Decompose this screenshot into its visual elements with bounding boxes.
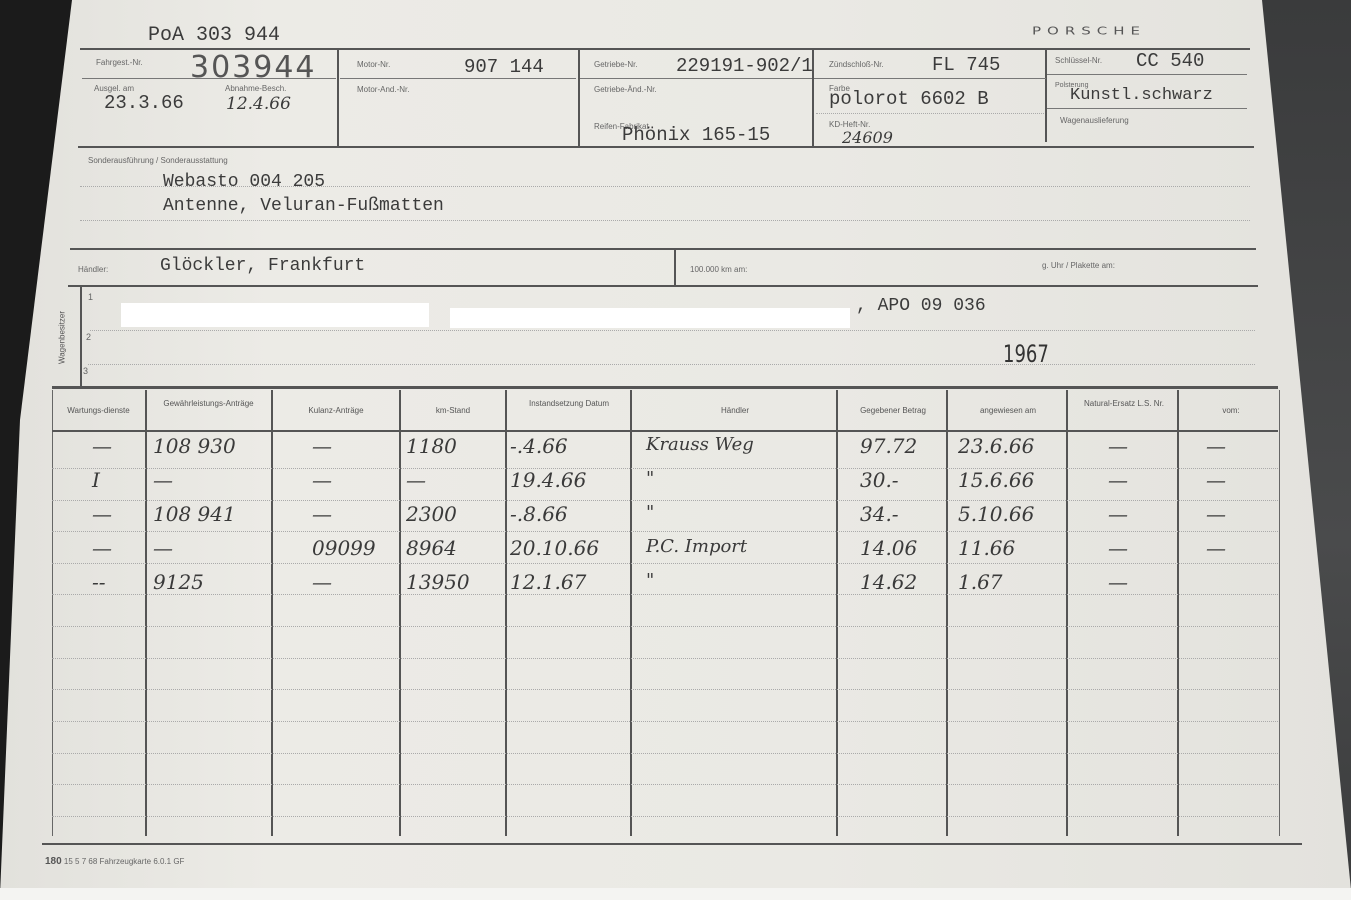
table-cell: 97.72 (860, 434, 917, 458)
form-footer: 180 15 5 7 68 Fahrzeugkarte 6.0.1 GF (45, 856, 184, 867)
table-cell: 15.6.66 (958, 468, 1034, 492)
column-divider (271, 390, 273, 836)
column-divider (1066, 390, 1068, 836)
chassis-label: Fahrgest.-Nr. (96, 58, 143, 67)
column-header: vom: (1182, 406, 1280, 416)
dotted-rule (80, 220, 1250, 221)
table-cell: — (1206, 434, 1226, 458)
table-cell: 19.4.66 (510, 468, 586, 492)
table-cell: — (153, 536, 173, 560)
chassis-number: 303944 (190, 50, 317, 85)
table-cell: — (312, 434, 332, 458)
table-cell: 09099 (312, 536, 376, 560)
table-cell: Krauss Weg (646, 434, 754, 455)
column-header: Wartungs-dienste (54, 406, 143, 416)
table-cell: " (646, 468, 654, 489)
column-divider (52, 390, 53, 836)
divider (52, 386, 1278, 389)
column-divider (505, 390, 507, 836)
column-divider (399, 390, 401, 836)
table-cell: — (1108, 434, 1128, 458)
table-cell: -- (92, 570, 106, 594)
row-rule (52, 753, 1278, 754)
divider (1047, 108, 1247, 109)
table-cell: P.C. Import (646, 536, 747, 557)
column-divider (1177, 390, 1179, 836)
header-reference: PoA 303 944 (148, 24, 280, 47)
column-header: Kulanz-Anträge (274, 406, 398, 416)
row-rule (52, 658, 1278, 659)
divider (80, 287, 82, 387)
table-cell: 30.- (860, 468, 899, 492)
row-rule (52, 594, 1278, 595)
table-cell: — (153, 468, 173, 492)
special-equipment-line-2: Antenne, Veluran-Fußmatten (163, 196, 444, 216)
table-cell: — (312, 468, 332, 492)
divider (70, 248, 1256, 250)
column-divider (1279, 390, 1280, 836)
table-cell: — (1206, 502, 1226, 526)
table-cell: — (312, 502, 332, 526)
table-cell: 1.67 (958, 570, 1003, 594)
table-cell: 13950 (406, 570, 470, 594)
table-cell: — (312, 570, 332, 594)
row-rule (52, 500, 1278, 501)
table-cell: " (646, 570, 654, 591)
engine-change-label: Motor-And.-Nr. (357, 85, 409, 94)
column-header: angewiesen am (950, 406, 1066, 416)
table-cell: — (1108, 570, 1128, 594)
table-cell: 5.10.66 (958, 502, 1034, 526)
table-cell: — (406, 468, 426, 492)
acceptance-label: Abnahme-Besch. (225, 84, 286, 93)
owner-1-address: , APO 09 036 (856, 296, 986, 316)
table-cell: 20.10.66 (510, 536, 599, 560)
divider (42, 843, 1302, 845)
key-number: CC 540 (1136, 50, 1204, 72)
divider (580, 78, 812, 79)
row-rule (52, 626, 1278, 627)
dotted-rule (88, 364, 1255, 365)
column-header: Händler (634, 406, 836, 416)
table-cell: — (1108, 468, 1128, 492)
dealer-label: Händler: (78, 265, 108, 274)
table-cell: 12.1.67 (510, 570, 586, 594)
owner-section-label: Wagenbesitzer (56, 295, 70, 385)
gearbox-number: 229191-902/1 (676, 55, 813, 77)
table-cell: 23.6.66 (958, 434, 1034, 458)
tyre-value: Phönix 165-15 (622, 124, 770, 146)
km-100000-label: 100.000 km am: (690, 265, 747, 274)
table-cell: 14.06 (860, 536, 917, 560)
table-cell: -.8.66 (510, 502, 568, 526)
service-book-number: 24609 (842, 128, 893, 147)
special-equipment-label: Sonderausführung / Sonderausstattung (88, 156, 228, 165)
table-cell: 8964 (406, 536, 457, 560)
table-cell: -.4.66 (510, 434, 568, 458)
row-rule (52, 784, 1278, 785)
plakette-label: g. Uhr / Plakette am: (1042, 261, 1115, 270)
table-cell: 2300 (406, 502, 457, 526)
row-rule (52, 468, 1278, 469)
color-value: polorot 6602 B (829, 88, 989, 110)
divider (674, 250, 676, 286)
page-margin (0, 888, 1351, 900)
ignition-label: Zündschloß-Nr. (829, 60, 884, 69)
column-header: Gewährleistungs-Anträge (147, 399, 270, 409)
table-cell: — (1206, 468, 1226, 492)
row-rule (52, 721, 1278, 722)
table-cell: — (92, 536, 112, 560)
dotted-rule (80, 186, 1250, 187)
row-rule (52, 816, 1278, 817)
table-cell: — (1108, 536, 1128, 560)
column-divider (836, 390, 838, 836)
redacted-owner-name (121, 303, 429, 327)
print-info: 15 5 7 68 Fahrzeugkarte 6.0.1 GF (64, 857, 185, 866)
table-cell: 108 941 (153, 502, 236, 526)
divider (814, 78, 1046, 79)
acceptance-date: 12.4.66 (226, 94, 291, 114)
table-cell: 1180 (406, 434, 457, 458)
owner-vertical-label: Wagenbesitzer (58, 298, 67, 378)
table-cell: " (646, 502, 654, 523)
redacted-owner-address (450, 308, 850, 328)
column-divider (946, 390, 948, 836)
table-cell: — (92, 502, 112, 526)
form-number: 180 (45, 856, 62, 867)
owner-row-number: 1 (88, 292, 93, 302)
divider (1045, 50, 1047, 142)
ignition-number: FL 745 (932, 54, 1000, 76)
table-cell: — (1108, 502, 1128, 526)
divider (68, 285, 1258, 287)
table-cell: 108 930 (153, 434, 236, 458)
divider (78, 146, 1254, 148)
table-cell: 14.62 (860, 570, 917, 594)
key-label: Schlüssel-Nr. (1055, 56, 1102, 65)
table-cell: 9125 (153, 570, 204, 594)
delivered-date: 23.3.66 (104, 92, 184, 114)
column-header: km-Stand (402, 406, 504, 416)
column-divider (145, 390, 147, 836)
dealer-value: Glöckler, Frankfurt (160, 256, 365, 276)
table-cell: I (92, 468, 100, 492)
table-cell: — (92, 434, 112, 458)
gearbox-label: Getriebe-Nr. (594, 60, 638, 69)
table-cell: — (1206, 536, 1226, 560)
row-rule (52, 531, 1278, 532)
column-divider (630, 390, 632, 836)
dotted-rule (816, 113, 1044, 114)
table-cell: 11.66 (958, 536, 1015, 560)
row-rule (52, 689, 1278, 690)
owner-row-number: 3 (83, 366, 88, 376)
divider (337, 50, 339, 148)
engine-number: 907 144 (464, 56, 544, 78)
divider (340, 78, 576, 79)
engine-label: Motor-Nr. (357, 60, 390, 69)
dotted-rule (90, 330, 1255, 331)
upholstery-value: Kunstl.schwarz (1070, 86, 1213, 105)
header-divider (52, 430, 1278, 432)
column-header: Gegebener Betrag (840, 406, 946, 416)
column-header: Instandsetzung Datum (508, 399, 630, 409)
brand-logo: PORSCHE (1032, 25, 1146, 38)
divider (1047, 74, 1247, 75)
special-equipment-line-1: Webasto 004 205 (163, 172, 325, 192)
column-header: Natural-Ersatz L.S. Nr. (1070, 399, 1178, 409)
gearbox-change-label: Getriebe-Änd.-Nr. (594, 85, 657, 94)
delivery-label: Wagenauslieferung (1060, 116, 1129, 125)
table-cell: 34.- (860, 502, 899, 526)
divider (578, 50, 580, 148)
owner-row-number: 2 (86, 332, 91, 342)
row-rule (52, 563, 1278, 564)
